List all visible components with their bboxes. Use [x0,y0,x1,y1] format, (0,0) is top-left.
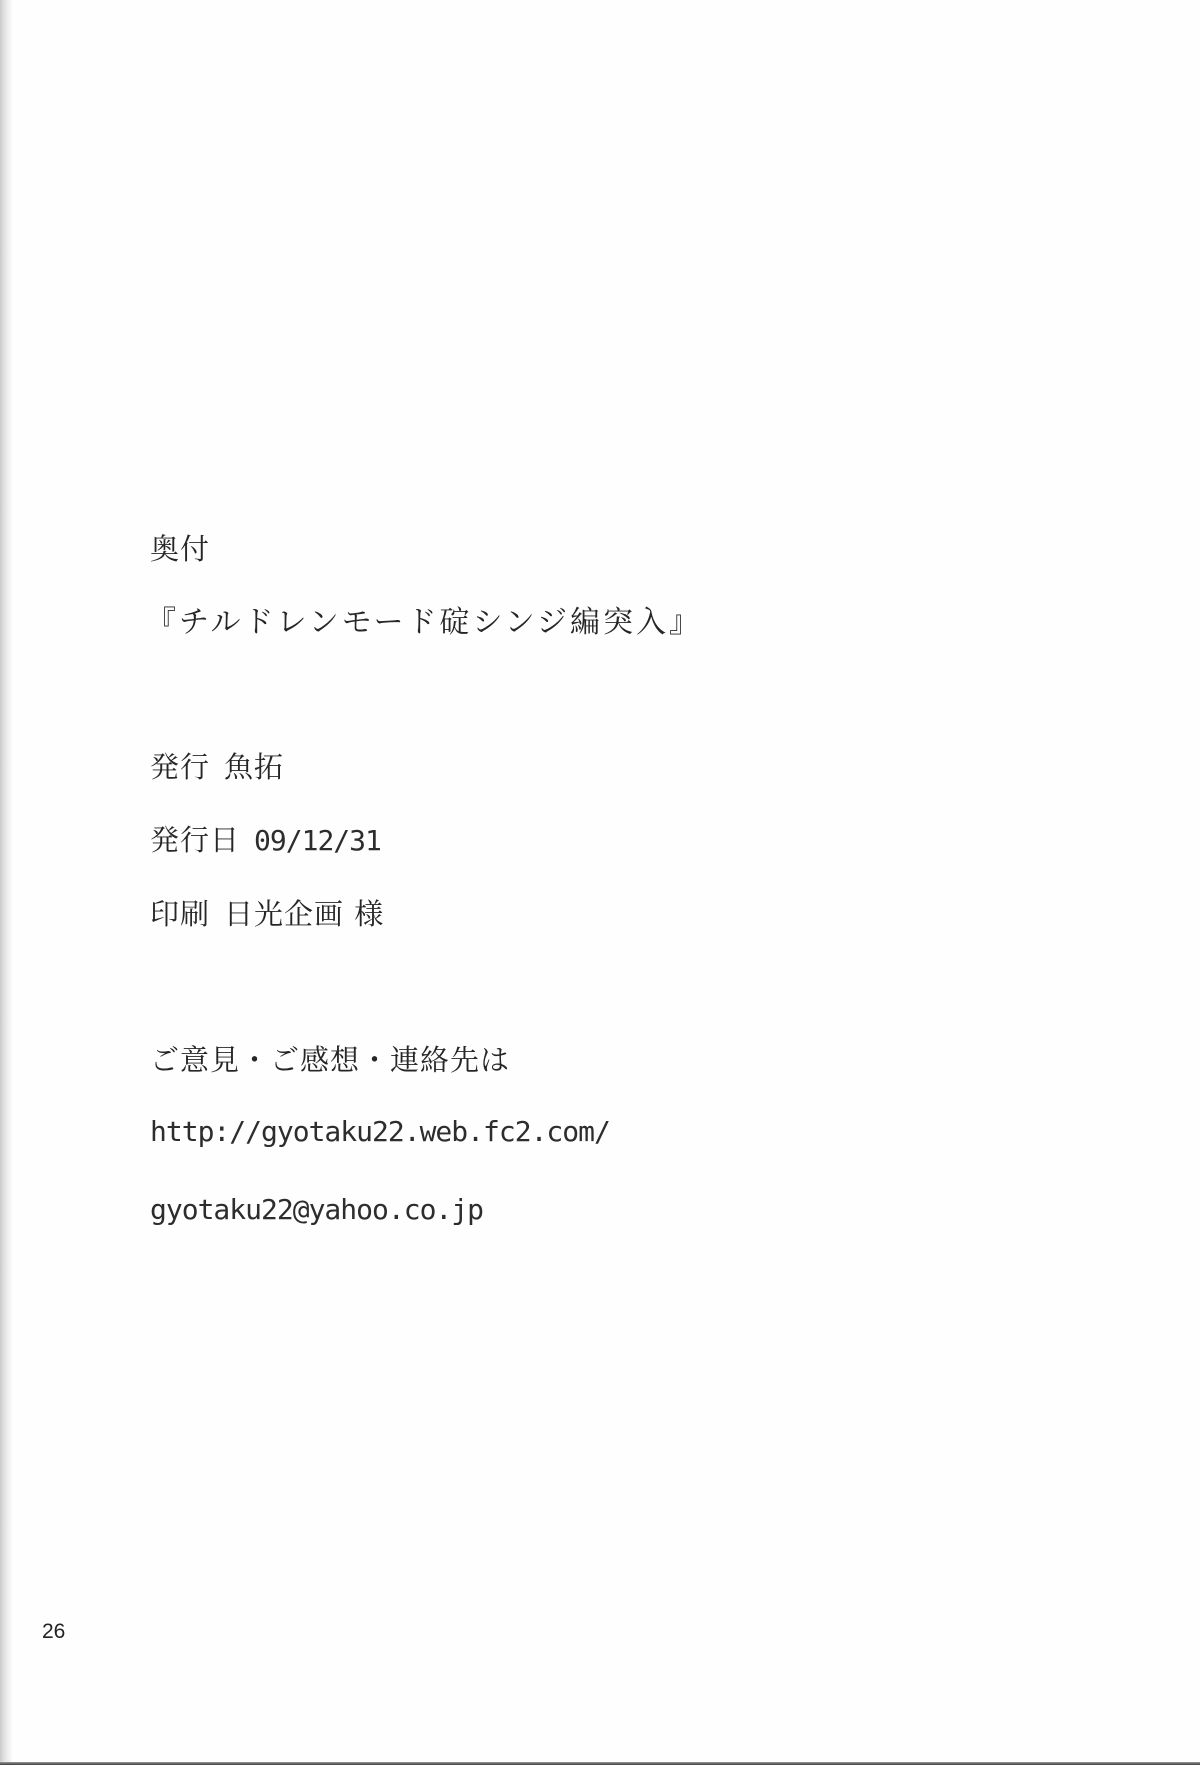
book-title: 『チルドレンモード碇シンジ編突入』 [146,608,702,638]
colophon-heading: 奥付 [150,535,210,564]
contact-url: http://gyotaku22.web.fc2.com/ [150,1118,610,1146]
printer-value: 日光企画 様 [224,897,384,931]
printer-label: 印刷 [150,897,210,931]
contact-email: gyotaku22@yahoo.co.jp [150,1196,483,1224]
publisher-label: 発行 [150,750,210,784]
publish-date-line: 発行日09/12/31 [150,826,381,855]
contact-intro: ご意見・ご感想・連絡先は [150,1046,510,1075]
printer-line: 印刷日光企画 様 [150,900,384,929]
page-binding-shadow [0,0,12,1765]
publish-date-value: 09/12/31 [254,824,381,857]
publisher-value: 魚拓 [224,750,284,784]
page-number: 26 [42,1621,65,1642]
publisher-line: 発行魚拓 [150,753,284,782]
document-page: 奥付 『チルドレンモード碇シンジ編突入』 発行魚拓 発行日09/12/31 印刷… [0,0,1200,1765]
publish-date-label: 発行日 [150,823,240,857]
